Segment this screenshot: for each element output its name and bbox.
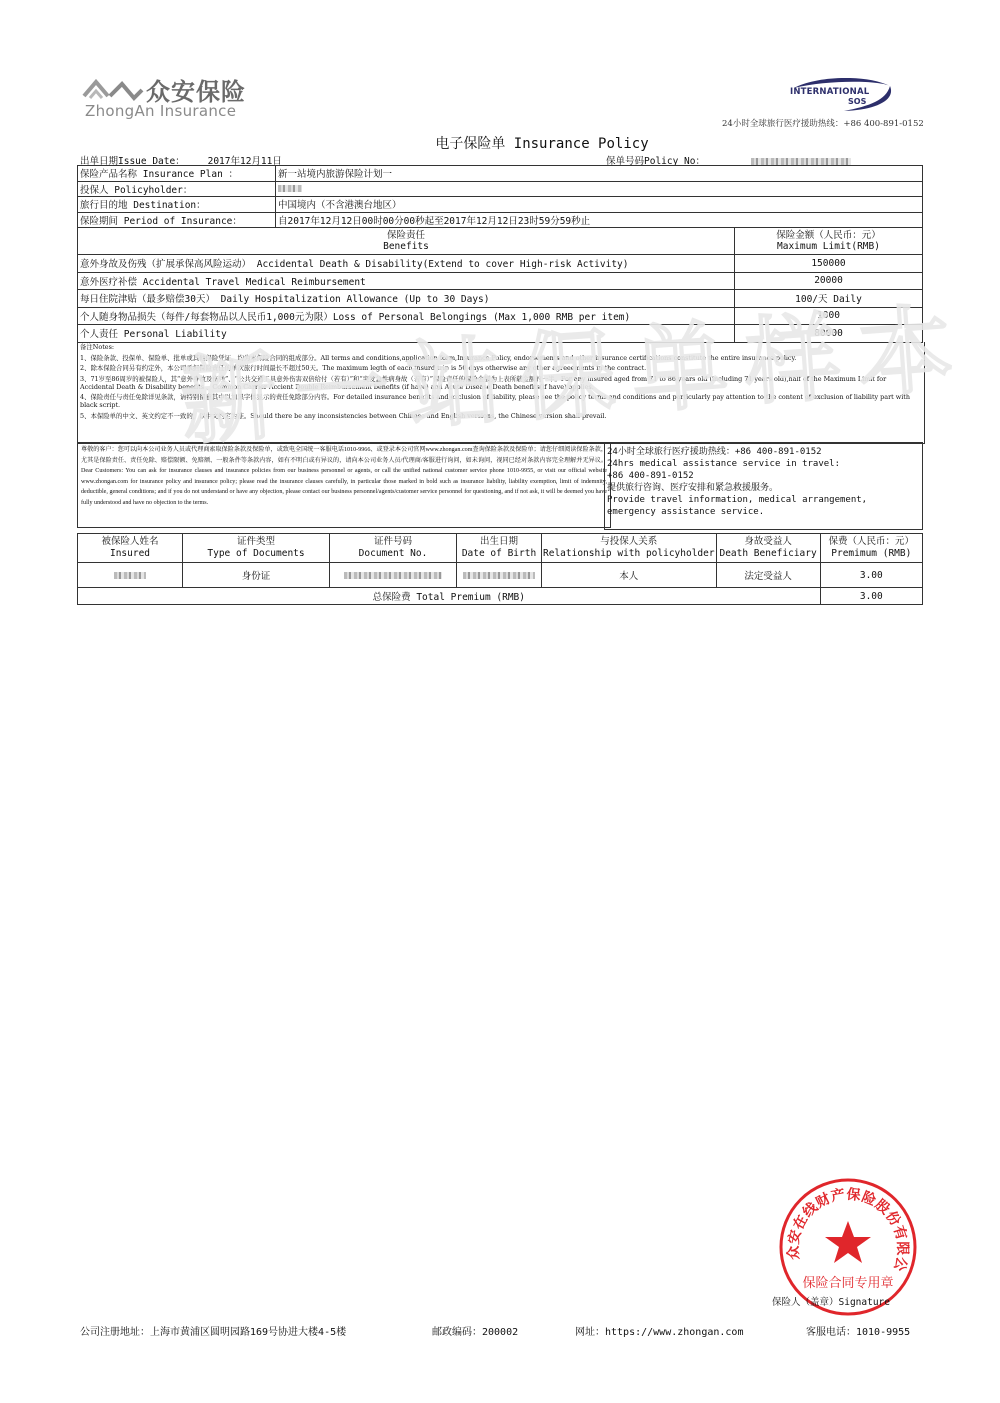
assistance-line: 24小时全球旅行医疗援助热线：+86 400-891-0152 — [607, 446, 920, 458]
limit-header-cell: 保险金额（人民币：元）Maximum Limit(RMB) — [735, 228, 923, 255]
policy-info-table: 保险产品名称 Insurance Plan ： 新一站境内旅游保险计划一 投保人… — [77, 165, 923, 228]
footer-website[interactable]: 网址：https://www.zhongan.com — [575, 1323, 743, 1338]
row-period: 保险期间 Period of Insurance： 自2017年12月12日00… — [78, 212, 923, 228]
international-sos-logo: INTERNATIONAL SOS — [786, 78, 896, 112]
value-policyholder — [276, 181, 923, 197]
benefit-limit: 100/天 Daily — [735, 290, 923, 308]
benefit-name: 个人随身物品损失（每件/每套物品以人民币1,000元为限）Loss of Per… — [78, 307, 735, 325]
total-premium-value: 3.00 — [820, 588, 922, 605]
assistance-line: 提供旅行咨询、医疗安排和紧急救援服务。 — [607, 482, 920, 494]
benefit-row: 个人随身物品损失（每件/每套物品以人民币1,000元为限）Loss of Per… — [78, 307, 923, 325]
label-insurance-plan: 保险产品名称 Insurance Plan ： — [78, 166, 276, 182]
total-premium-label: 总保险费 Total Premium (RMB) — [78, 588, 821, 605]
zhongan-roof-icon — [82, 76, 144, 102]
assistance-info: 24小时全球旅行医疗援助热线：+86 400-891-0152 24hrs me… — [604, 442, 923, 530]
note-item: 3、71岁至86周岁的被保险人，其“意外身故及伤残”、“公共交通工具意外伤害双倍… — [80, 375, 922, 391]
benefit-limit: 150000 — [735, 255, 923, 273]
note-item: 4、保险责任与责任免除详见条款，请特别留意其中以加黑字体显示的责任免除部分内容。… — [80, 393, 922, 409]
insured-premium: 3.00 — [820, 563, 922, 588]
col-premium: 保费（人民币：元）Premimum (RMB) — [820, 534, 922, 563]
benefit-row: 个人责任 Personal Liability80000 — [78, 325, 923, 343]
note-item: 1、保险条款、投保单、保险单、批单或其他保险凭证，均为本保险合同的组成部分。Al… — [80, 354, 922, 362]
assistance-line: +86 400-891-0152 — [607, 470, 920, 482]
benefit-row: 意外身故及伤残（扩展承保高风险运动） Accidental Death & Di… — [78, 255, 923, 273]
col-doc-type: 证件类型Type of Documents — [183, 534, 330, 563]
sos-text-line1: INTERNATIONAL — [790, 87, 869, 97]
insured-relationship: 本人 — [542, 563, 717, 588]
footer-address: 公司注册地址：上海市黄浦区圆明园路169号协进大楼4-5楼 — [80, 1323, 346, 1338]
svg-text:保险合同专用章: 保险合同专用章 — [802, 1275, 893, 1291]
note-item: 2、除本保险合同另有约定外，本公司承担保险责任的单次旅行时间最长不超过50天。T… — [80, 364, 922, 372]
value-destination: 中国境内（不含港澳台地区） — [276, 197, 923, 213]
signature-label: 保险人（盖章）Signature — [772, 1294, 890, 1308]
logo-en-text: ZhongAn Insurance — [85, 102, 236, 120]
row-policyholder: 投保人 Policyholder： — [78, 181, 923, 197]
row-destination: 旅行目的地 Destination： 中国境内（不含港澳台地区） — [78, 197, 923, 213]
zhongan-logo: 众安保险 ZhongAn Insurance — [82, 72, 282, 122]
svg-text:众安在线财产保险股份有限公司: 众安在线财产保险股份有限公司 — [778, 1177, 911, 1274]
insured-dob — [457, 563, 542, 588]
insured-header-row: 被保险人姓名Insured 证件类型Type of Documents 证件号码… — [78, 534, 923, 563]
notes-section: 备注Notes: 1、保险条款、投保单、保险单、批单或其他保险凭证，均为本保险合… — [77, 342, 925, 444]
label-period: 保险期间 Period of Insurance： — [78, 212, 276, 228]
value-insurance-plan: 新一站境内旅游保险计划一 — [276, 166, 923, 182]
benefits-header-cell: 保险责任Benefits — [78, 228, 735, 255]
footer-postcode: 邮政编码：200002 — [432, 1323, 518, 1338]
insured-doc-no — [330, 563, 457, 588]
col-doc-no: 证件号码Document No. — [330, 534, 457, 563]
benefits-header: 保险责任Benefits 保险金额（人民币：元）Maximum Limit(RM… — [78, 228, 923, 255]
benefit-row: 每日住院津贴（最多赔偿30天） Daily Hospitalization Al… — [78, 290, 923, 308]
note-item: 5、本保险单的中文、英文约定不一致的，以中文约定为准。Should there … — [80, 412, 922, 420]
insured-name — [78, 563, 183, 588]
assistance-line: 24hrs medical assistance service in trav… — [607, 458, 920, 470]
benefit-limit: 80000 — [735, 325, 923, 343]
footer-phone: 客服电话：1010-9955 — [806, 1323, 910, 1338]
benefit-limit: 20000 — [735, 272, 923, 290]
policy-number-redacted — [751, 158, 851, 165]
benefits-table: 保险责任Benefits 保险金额（人民币：元）Maximum Limit(RM… — [77, 227, 923, 343]
policyholder-redacted — [278, 185, 302, 192]
row-insurance-plan: 保险产品名称 Insurance Plan ： 新一站境内旅游保险计划一 — [78, 166, 923, 182]
label-policyholder: 投保人 Policyholder： — [78, 181, 276, 197]
benefit-limit: 1000 — [735, 307, 923, 325]
insured-row: 身份证 本人 法定受益人 3.00 — [78, 563, 923, 588]
assistance-line: Provide travel information, medical arra… — [607, 494, 920, 518]
benefit-name: 每日住院津贴（最多赔偿30天） Daily Hospitalization Al… — [78, 290, 735, 308]
col-relationship: 与投保人关系Relationship with policyholder — [542, 534, 717, 563]
value-period: 自2017年12月12日00时00分00秒起至2017年12月12日23时59分… — [276, 212, 923, 228]
benefit-name: 个人责任 Personal Liability — [78, 325, 735, 343]
notes-title: 备注Notes: — [80, 343, 922, 351]
insured-table: 被保险人姓名Insured 证件类型Type of Documents 证件号码… — [77, 533, 923, 605]
insured-beneficiary: 法定受益人 — [716, 563, 820, 588]
document-title: 电子保险单 Insurance Policy — [0, 133, 1000, 153]
total-premium-row: 总保险费 Total Premium (RMB) 3.00 — [78, 588, 923, 605]
benefit-name: 意外医疗补偿 Accidental Travel Medical Reimbur… — [78, 272, 735, 290]
benefit-name: 意外身故及伤残（扩展承保高风险运动） Accidental Death & Di… — [78, 255, 735, 273]
partner-hotline: 24小时全球旅行医疗援助热线：+86 400-891-0152 — [722, 117, 924, 129]
sos-text-line2: SOS — [848, 97, 866, 106]
label-destination: 旅行目的地 Destination： — [78, 197, 276, 213]
col-beneficiary: 身故受益人Death Beneficiary — [716, 534, 820, 563]
benefit-row: 意外医疗补偿 Accidental Travel Medical Reimbur… — [78, 272, 923, 290]
insured-doc-type: 身份证 — [183, 563, 330, 588]
customer-notice: 尊敬的客户：您可以向本公司业务人员或代理商索取保险条款及保险单，或致电全国统一客… — [77, 442, 611, 528]
col-dob: 出生日期Date of Birth — [457, 534, 542, 563]
col-insured: 被保险人姓名Insured — [78, 534, 183, 563]
